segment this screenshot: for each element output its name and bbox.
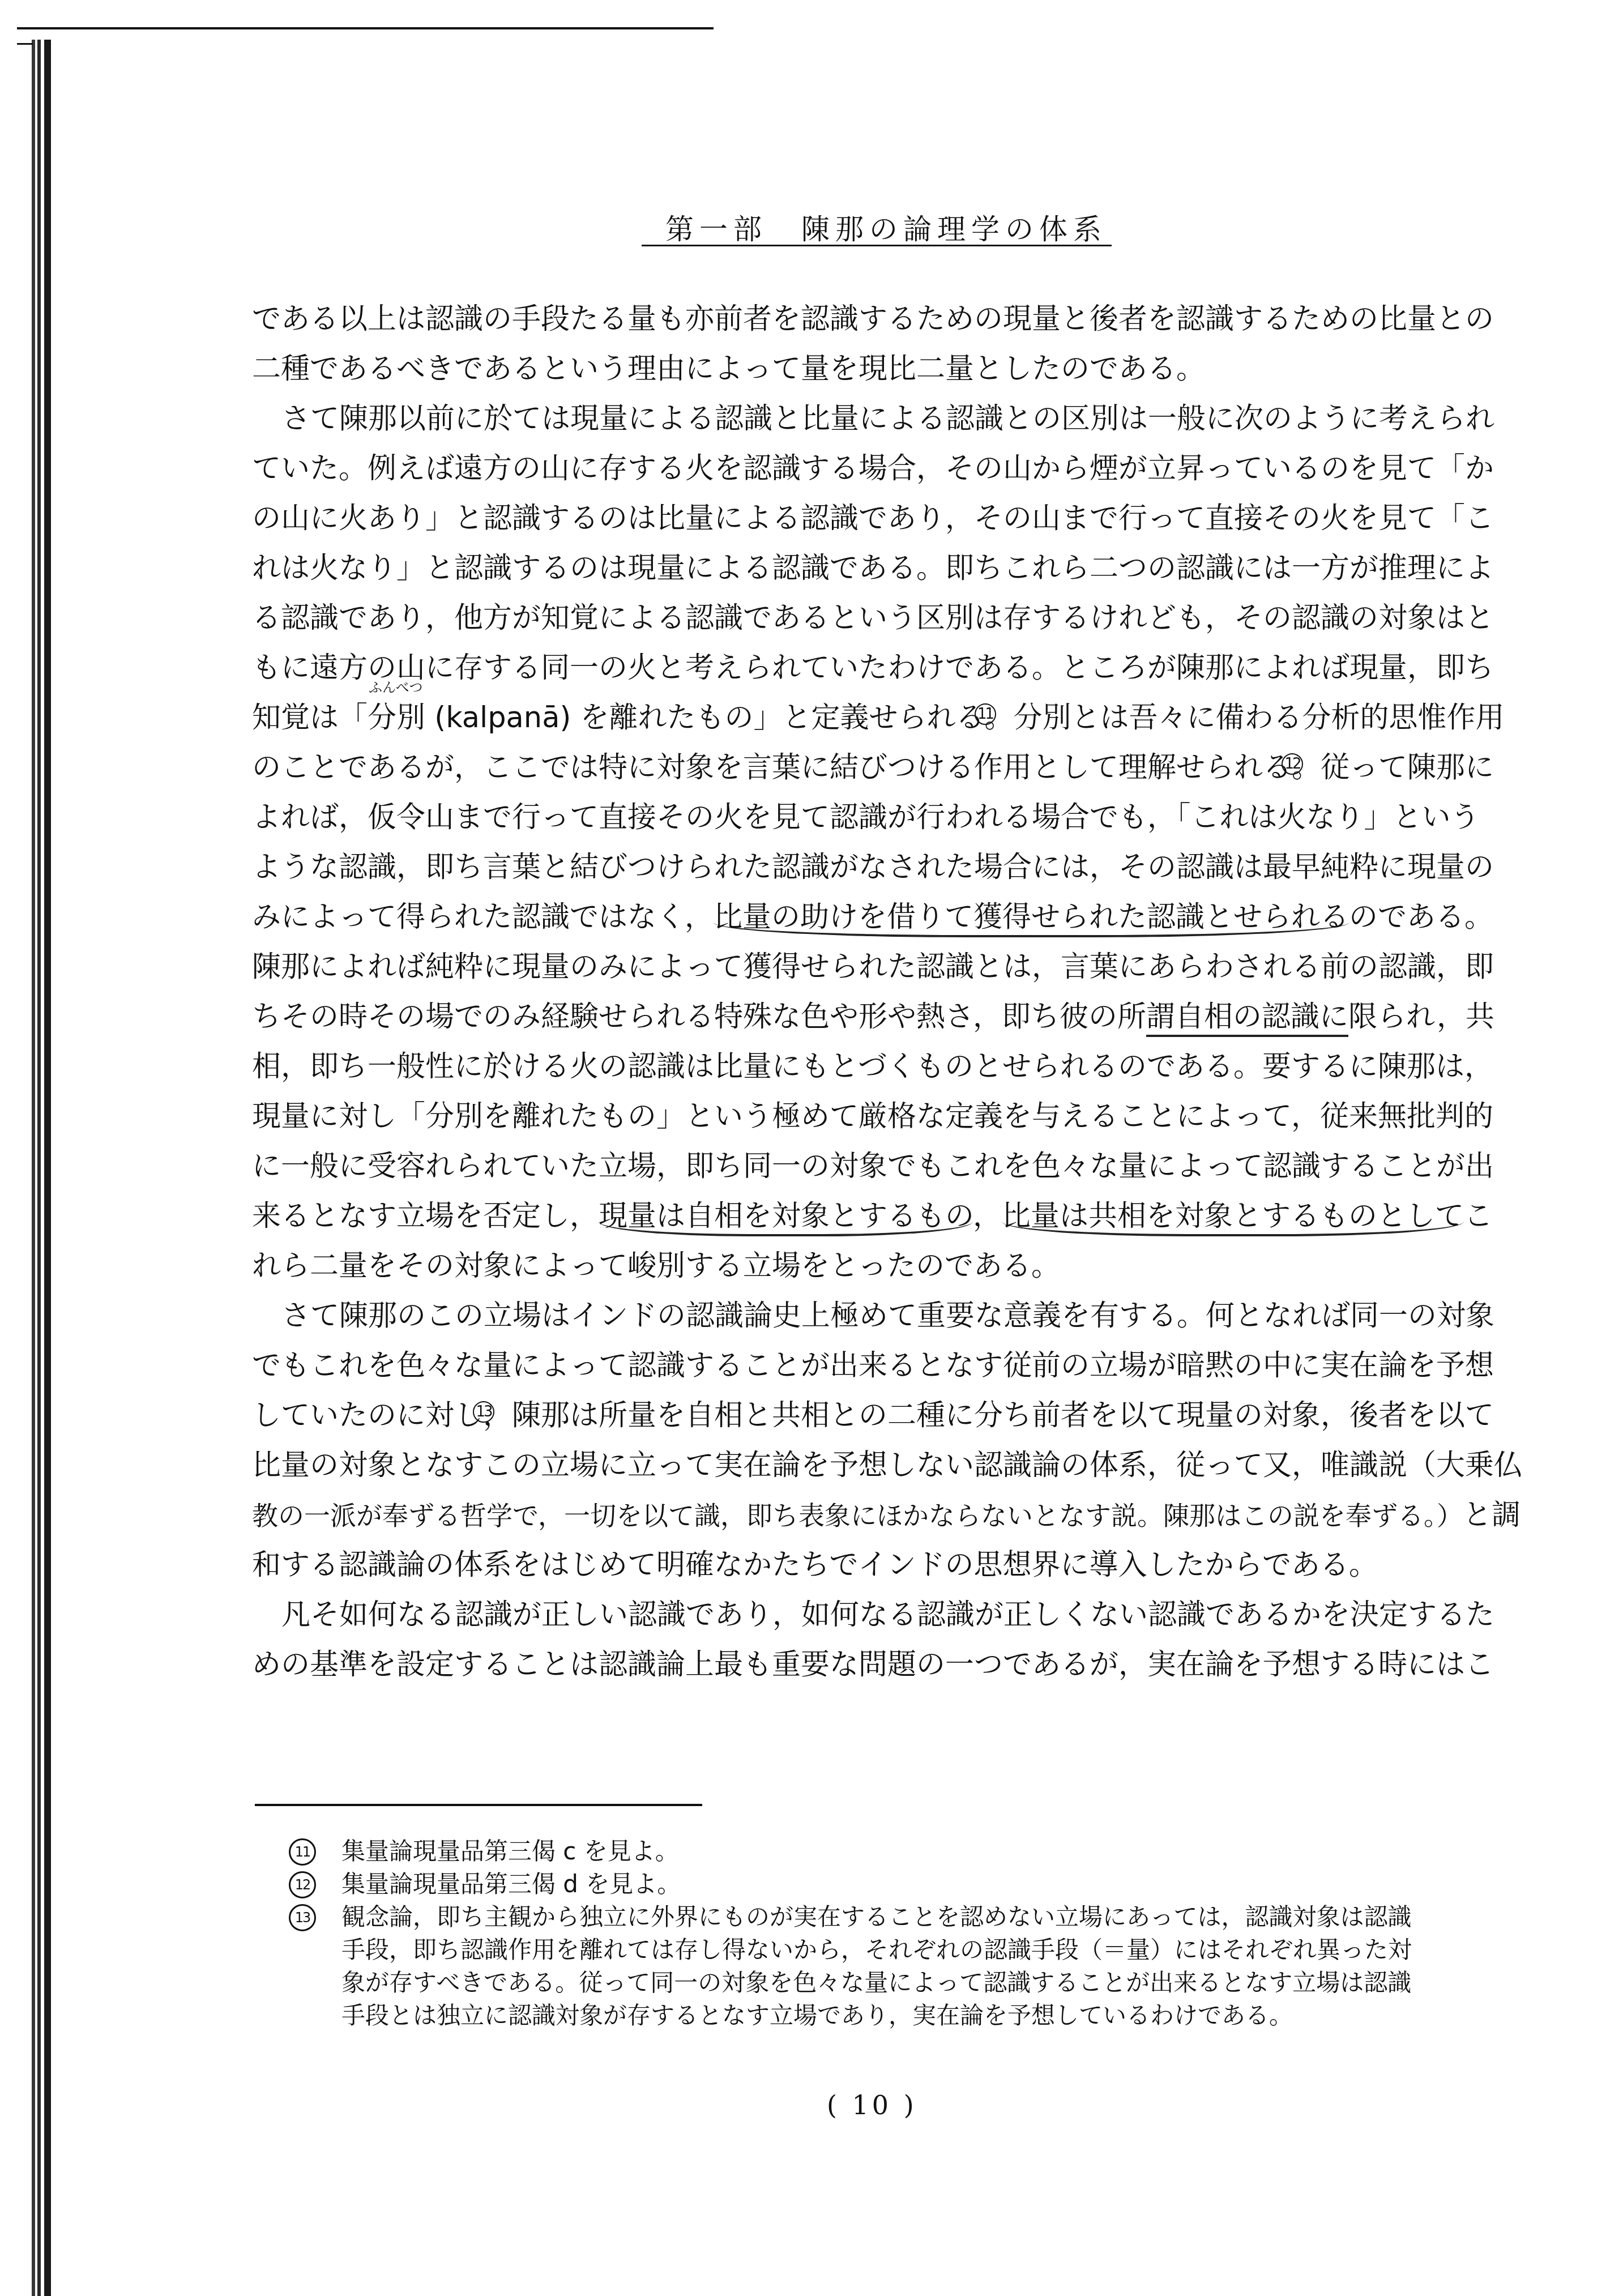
scan-edge-line <box>17 27 714 29</box>
text-line: れは火なり」と認識するのは現量による認識である。即ちこれら二つの認識には一方が推… <box>252 544 1537 594</box>
ruby-text: ふんべつ <box>369 681 423 694</box>
text-line: さて陳那以前に於ては現量による認識と比量による認識との区別は一般に次のように考え… <box>252 394 1537 444</box>
footnote-text: 集量論現量品第三偈 d を見よ。 <box>341 1868 681 1901</box>
text-line: の山に火あり」と認識するのは比量による認識であり，その山まで行って直接その火を見… <box>252 494 1537 544</box>
text-line: れら二量をその対象によって峻別する立場をとったのである。 <box>252 1241 1537 1291</box>
footnote-text: 象が存すべきである。従って同一の対象を色々な量によって認識することが出来るとなす… <box>341 1966 1412 1999</box>
ruby-annotation: ふんべつ分 <box>368 693 396 743</box>
text-line: ていた。例えば遠方の山に存する火を認識する場合，その山から煙が立昇っているのを見… <box>252 444 1537 494</box>
page-number: ( 10 ) <box>827 2090 917 2120</box>
text-line: 教の一派が奉ずる哲学で，一切を以て識，即ち表象にほかならないとなす説。陳那はこの… <box>252 1491 1537 1540</box>
footnote-text: 観念論，即ち主観から独立に外界にものが実在することを認めない立場にあっては，認識… <box>341 1901 1412 1934</box>
text-line: 現量に対し「分別を離れたもの」という極めて厳格な定義を与えることによって，従来無… <box>252 1092 1537 1142</box>
footnote-number: 12 <box>289 1871 316 1898</box>
text-line: ちその時その場でのみ経験せられる特殊な色や形や熱さ，即ち彼の所謂自相の認識に限ら… <box>252 992 1537 1042</box>
footnote-number: 13 <box>289 1904 316 1931</box>
text-line: 比量の対象となすこの立場に立って実在論を予想しない認識論の体系，従って又，唯識説… <box>252 1441 1537 1491</box>
body-text: である以上は認識の手段たる量も亦前者を認識するための現量と後者を認識するための比… <box>252 295 1537 1690</box>
text-line: 二種であるべきであるという理由によって量を現比二量としたのである。 <box>252 344 1537 394</box>
running-header: 第一部 陳那の論理学の体系 <box>665 207 1107 247</box>
book-binding-shadow <box>32 40 54 2296</box>
text-line: 凡そ如何なる認識が正しい認識であり，如何なる認識が正しくない認識であるかを決定す… <box>252 1590 1537 1640</box>
text-line: のことであるが，ここでは特に対象を言葉に結びつける作用として理解せられる12。従… <box>252 743 1537 793</box>
text-line: 陳那によれば純粋に現量のみによって獲得せられた認識とは，言葉にあらわされる前の認… <box>252 942 1537 992</box>
footnotes: 11 集量論現量品第三偈 c を見よ。 12 集量論現量品第三偈 d を見よ。 … <box>289 1835 1535 2032</box>
text-line: さて陳那のこの立場はインドの認識論史上極めて重要な意義を有する。何となれば同一の… <box>252 1291 1537 1341</box>
footnote-11: 11 集量論現量品第三偈 c を見よ。 <box>289 1835 1535 1868</box>
text-line: よれば，仮令山まで行って直接その火を見て認識が行われる場合でも，「これは火なり」… <box>252 793 1537 843</box>
text-line: 相，即ち一般性に於ける火の認識は比量にもとづくものとせられるのである。要するに陳… <box>252 1042 1537 1092</box>
text-line: みによって得られた認識ではなく，比量の助けを借りて獲得せられた認識とせられるので… <box>252 893 1537 942</box>
footnote-text: 集量論現量品第三偈 c を見よ。 <box>341 1835 679 1868</box>
footnote-12: 12 集量論現量品第三偈 d を見よ。 <box>289 1868 1535 1901</box>
footnote-separator <box>255 1804 702 1806</box>
header-rule <box>642 245 1112 246</box>
text-line: ような認識，即ち言葉と結びつけられた認識がなされた場合には，その認識は最早純粋に… <box>252 843 1537 893</box>
text-line: でもこれを色々な量によって認識することが出来るとなす従前の立場が暗黙の中に実在論… <box>252 1341 1537 1391</box>
text-line: る認識であり，他方が知覚による認識であるという区別は存するけれども，その認識の対… <box>252 594 1537 643</box>
text-line: 知覚は「ふんべつ分別 (kalpanā) を離れたもの」と定義せられる11。分別… <box>252 693 1537 743</box>
footnote-text: 手段，即ち認識作用を離れては存し得ないから，それぞれの認識手段（＝量）にはそれぞ… <box>341 1934 1412 1966</box>
text-line: めの基準を設定することは認識論上最も重要な問題の一つであるが，実在論を予想する時… <box>252 1640 1537 1690</box>
text-line: である以上は認識の手段たる量も亦前者を認識するための現量と後者を認識するための比… <box>252 295 1537 344</box>
footnote-number: 11 <box>289 1838 316 1866</box>
scan-edge-mark <box>17 43 33 45</box>
text-line: に一般に受容れられていた立場，即ち同一の対象でもこれを色々な量によって認識するこ… <box>252 1142 1537 1192</box>
handwritten-underline: 謂自相の認識に <box>1146 1000 1348 1037</box>
text-line: もに遠方の山に存する同一の火と考えられていたわけである。ところが陳那によれば現量… <box>252 643 1537 693</box>
handwritten-underline: 現量は自相を対象とするもの <box>599 1200 973 1236</box>
handwritten-underline: 比量は共相を対象とするものとして <box>1002 1200 1464 1236</box>
text-line: 来るとなす立場を否定し，現量は自相を対象とするもの，比量は共相を対象とするものと… <box>252 1192 1537 1241</box>
parenthetical-note: 教の一派が奉ずる哲学で，一切を以て識，即ち表象にほかならないとなす説。陳那はこの… <box>252 1500 1463 1531</box>
text-line: していたのに対し13，陳那は所量を自相と共相との二種に分ち前者を以て現量の対象，… <box>252 1391 1537 1441</box>
handwritten-underline: 比量の助けを借りて獲得せられた認識とせられる <box>714 901 1349 937</box>
text-line: 和する認識論の体系をはじめて明確なかたちでインドの思想界に導入したからである。 <box>252 1540 1537 1590</box>
footnote-13: 13 観念論，即ち主観から独立に外界にものが実在することを認めない立場にあっては… <box>289 1901 1535 2032</box>
footnote-text: 手段とは独立に認識対象が存するとなす立場であり，実在論を予想しているわけである。 <box>341 1999 1412 2032</box>
